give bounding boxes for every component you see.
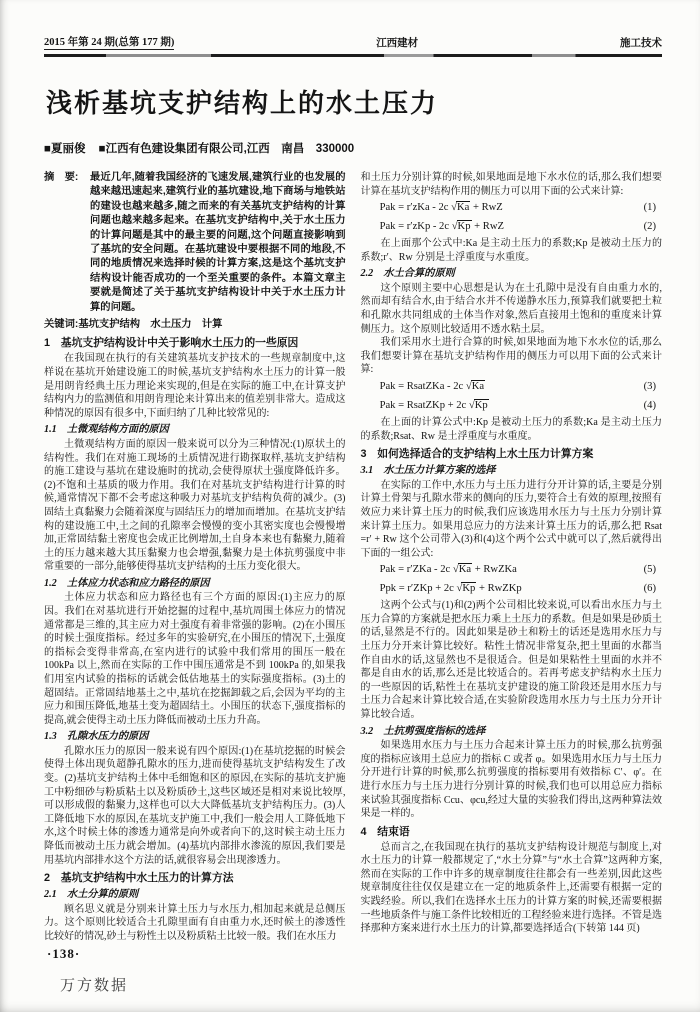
section-heading-4: 4 结束语 [361,825,663,839]
paragraph-s1: 在我国现在执行的有关建筑基坑支护技术的一些规章制度中,这样说在基坑开始建设施工的… [44,352,346,420]
formula-5-body: Pak = r′ZKa - 2c √Ka + RwZKa [380,561,517,579]
formula-6-post: + RwZKp [476,583,521,594]
paragraph-formula-note-1: 在上面那个公式中:Ka 是主动土压力的系数;Kp 是被动土压力的系数;r′、Rw… [361,237,663,264]
author-name: ■夏丽俊 [44,143,85,155]
formula-2-number: (2) [644,218,662,236]
abstract: 摘 要: 最近几年,随着我国经济的飞速发展,建筑行业的也发展的越来越迅速起来,建… [44,171,346,315]
formula-3: Pak = RsatZKa - 2c √Ka (3) [361,378,663,396]
journal-name: 江西建材 [376,35,418,50]
paragraph-s2-2a: 这个原则主要中心思想是认为在土孔隙中是没有自由重力水的,然而却有结合水,由于结合… [361,282,663,336]
header-section-label: 施工技术 [620,35,662,50]
sqrt-argument: Ka [458,563,472,575]
section-heading-2: 2 基坑支护结构中水土压力的计算方法 [44,871,346,885]
journal-page: 2015 年第 24 期(总第 177 期) 江西建材 施工技术 浅析基坑支护结… [0,0,700,1012]
paragraph-s3-1b: 这两个公式与(1)和(2)两个公司相比较来说,可以看出水压力与土压力合算的方案就… [361,599,663,721]
formula-3-number: (3) [644,378,662,396]
formula-1-body: Pak = r′zKa - 2c √Ka + RwZ [380,199,503,217]
formula-3-pre: Pak = RsatZKa - 2c [380,381,466,392]
column-right: 和土压力分别计算的时候,如果地面是地下水水位的话,那么我们想要计算在基坑支护结构… [361,171,663,943]
page-header: 2015 年第 24 期(总第 177 期) 江西建材 施工技术 [44,34,662,53]
section-heading-3-2: 3.2 土抗剪强度指标的选择 [361,725,663,739]
paragraph-s1-3: 孔隙水压力的原因一般来说有四个原因:(1)在基坑挖掘的时候会使得土体出现负超静孔… [44,745,346,867]
keywords-label: 关键词: [44,319,78,330]
wanfang-watermark: 万方数据 [60,974,128,995]
formula-2-body: Pak = r′zKp - 2c √Kp + RwZ [380,218,504,236]
header-rule [44,54,662,57]
paragraph-continuation: 和土压力分别计算的时候,如果地面是地下水水位的话,那么我们想要计算在基坑支护结构… [361,171,663,198]
formula-6-pre: Ppk = r′ZKp + 2c [380,583,457,594]
formula-2-pre: Pak = r′zKp - 2c [380,221,452,232]
column-left: 摘 要: 最近几年,随着我国经济的飞速发展,建筑行业的也发展的越来越迅速起来,建… [44,171,346,943]
formula-4-body: Pak = RsatZKp + 2c √Kp [380,397,489,415]
keywords-text: 基坑支护结构 水土压力 计算 [78,319,222,330]
page-number: ·138· [47,946,80,962]
issue-info: 2015 年第 24 期(总第 177 期) [44,34,174,50]
formula-1-post: + RwZ [470,202,502,213]
author-affiliation: ■江西有色建设集团有限公司,江西 南昌 330000 [99,143,355,155]
two-column-body: 摘 要: 最近几年,随着我国经济的飞速发展,建筑行业的也发展的越来越迅速起来,建… [44,171,662,943]
paragraph-conclusion: 总而言之,在我国现在执行的基坑支护结构设计规范与制度上,对水土压力的计算一般都规… [361,841,663,936]
formula-5-pre: Pak = r′ZKa - 2c [380,564,453,575]
section-heading-1-2: 1.2 土体应力状态和应力路径的原因 [44,577,346,591]
formula-1: Pak = r′zKa - 2c √Ka + RwZ (1) [361,199,663,217]
section-heading-1-3: 1.3 孔隙水压力的原因 [44,730,346,744]
sqrt-argument: Kp [461,582,476,594]
section-heading-1-1: 1.1 土微观结构方面的原因 [44,423,346,437]
paragraph-s1-1: 土微观结构方面的原因一般来说可以分为三种情况:(1)原状土的结构性。我们在对施工… [44,438,346,574]
sqrt-argument: Kp [457,220,472,232]
formula-5-post: + RwZKa [472,564,517,575]
formula-5: Pak = r′ZKa - 2c √Ka + RwZKa (5) [361,561,663,579]
formula-4: Pak = RsatZKp + 2c √Kp (4) [361,397,663,415]
formula-4-pre: Pak = RsatZKp + 2c [380,400,469,411]
paragraph-formula-note-2: 在上面的计算公式中:Kp 是被动土压力的系数;Ka 是主动土压力的系数;Rsat… [361,416,663,443]
formula-4-number: (4) [644,397,662,415]
paragraph-s2-1: 顾名思义就是分别来计算土压力与水压力,相加起来就是总侧压力。这个原则比较适合土孔… [44,903,346,944]
paragraph-s3-2: 如果选用水压力与土压力合起来计算土压力的时候,那么抗剪强度的指标应该用土总应力的… [361,739,663,821]
formula-5-number: (5) [644,561,662,579]
formula-1-number: (1) [644,199,662,217]
paragraph-s2-2b: 我们采用水土进行合算的时候,如果地面为地下水水位的话,那么我们想要计算在基坑支护… [361,336,663,377]
formula-2-post: + RwZ [472,221,504,232]
formula-6-number: (6) [644,580,662,598]
abstract-text: 最近几年,随着我国经济的飞速发展,建筑行业的也发展的越来越迅速起来,建筑行业的基… [90,171,346,315]
section-heading-3-1: 3.1 水土压力计算方案的选择 [361,464,663,478]
section-heading-3: 3 如何选择适合的支护结构上水土压力计算方案 [361,447,663,461]
formula-3-body: Pak = RsatZKa - 2c √Ka [380,378,485,396]
abstract-label: 摘 要: [44,171,90,315]
paragraph-s3-1a: 在实际的工作中,水压力与土压力进行分开计算的话,主要是分别计算土骨架与孔隙水带来… [361,479,663,561]
section-heading-2-1: 2.1 水土分算的原则 [44,888,346,902]
formula-1-pre: Pak = r′zKa - 2c [380,202,452,213]
formula-2: Pak = r′zKp - 2c √Kp + RwZ (2) [361,218,663,236]
section-heading-1: 1 基坑支护结构设计中关于影响水土压力的一些原因 [44,336,346,350]
keywords: 关键词:基坑支护结构 水土压力 计算 [44,318,346,332]
sqrt-argument: Kp [474,399,489,411]
paragraph-s1-2: 土体应力状态和应力路径也有三个方面的原因:(1)主应力的原因。我们在对基坑进行开… [44,591,346,727]
sqrt-argument: Ka [456,201,470,213]
section-heading-2-2: 2.2 水土合算的原则 [361,267,663,281]
formula-6-body: Ppk = r′ZKp + 2c √Kp + RwZKp [380,580,522,598]
byline: ■夏丽俊 ■江西有色建设集团有限公司,江西 南昌 330000 [44,140,662,156]
article-title: 浅析基坑支护结构上的水土压力 [46,83,662,120]
formula-6: Ppk = r′ZKp + 2c √Kp + RwZKp (6) [361,580,663,598]
sqrt-argument: Ka [471,380,485,392]
